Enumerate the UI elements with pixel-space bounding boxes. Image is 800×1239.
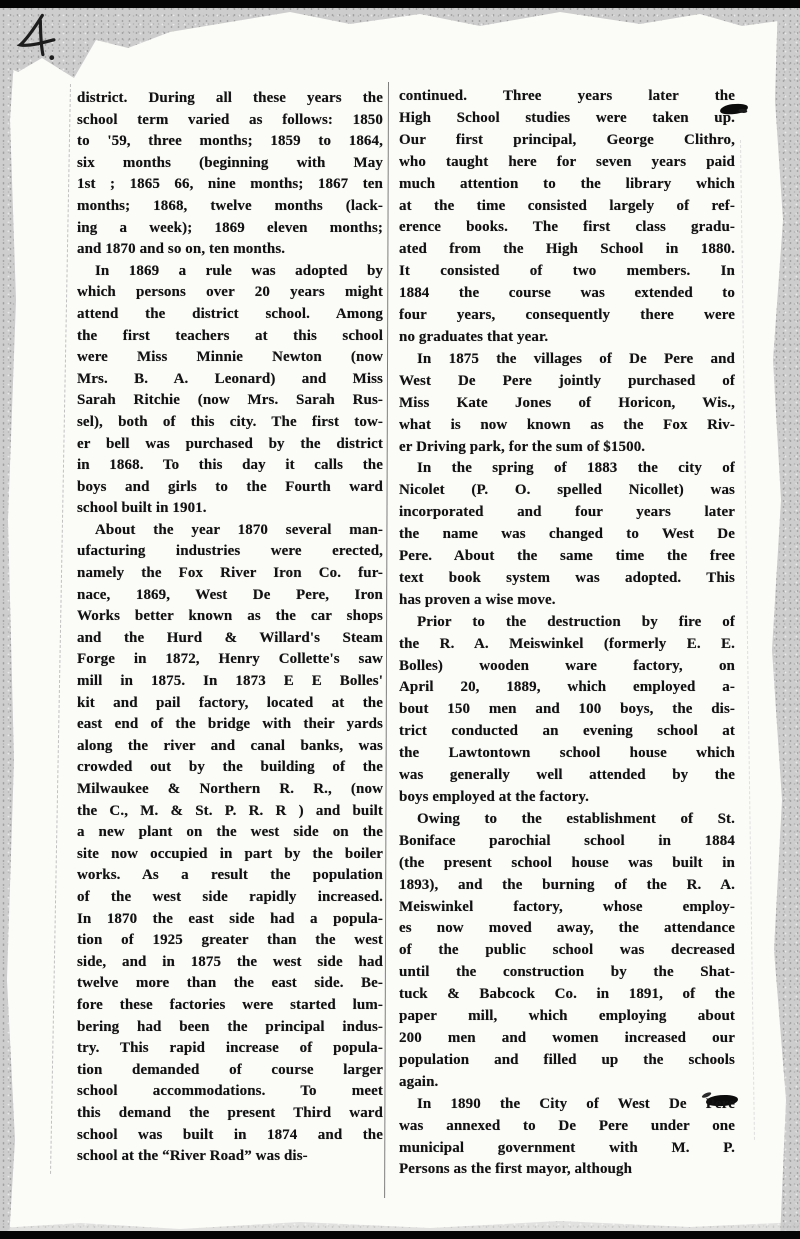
text-line: In 1890 the City of West De Pere (399, 1094, 735, 1116)
text-line: of the west side rapidly increased. (77, 887, 383, 909)
text-line: was generally well attended by the (399, 765, 735, 787)
text-line: of the public school was decreased (399, 940, 735, 962)
text-line: er Driving park, for the sum of $1500. (399, 437, 735, 459)
text-line: municipal government with M. P. (399, 1138, 735, 1160)
text-line: Forge in 1872, Henry Collette's saw (77, 649, 383, 671)
text-line: twelve more than the east side. Be- (77, 973, 383, 995)
text-line: In 1875 the villages of De Pere and (399, 349, 735, 371)
text-line: ated from the High School in 1880. (399, 239, 735, 261)
text-line: six months (beginning with May (77, 153, 383, 175)
text-line: much attention to the library which (399, 174, 735, 196)
text-line: the Lawtontown school house which (399, 743, 735, 765)
text-line: Milwaukee & Northern R. R., (now (77, 779, 383, 801)
text-line: In 1870 the east side had a popula- (77, 909, 383, 931)
text-line: Nicolet (P. O. spelled Nicollet) was (399, 480, 735, 502)
paragraph: Owing to the establishment of St.Bonifac… (399, 809, 735, 1094)
text-line: bering had been the principal indus- (77, 1017, 383, 1039)
text-line: population and filled up the schools (399, 1050, 735, 1072)
text-line: It consisted of two members. In (399, 261, 735, 283)
text-line: 200 men and women increased our (399, 1028, 735, 1050)
text-line: erence books. The first class gradu- (399, 217, 735, 239)
text-line: attend the district school. Among (77, 304, 383, 326)
handwritten-page-number (11, 10, 65, 74)
text-line: has proven a wise move. (399, 590, 735, 612)
paragraph: continued. Three years later theHigh Sch… (399, 86, 735, 349)
text-line: and 1870 and so on, ten months. (77, 239, 383, 261)
text-line: kit and pail factory, located at the (77, 693, 383, 715)
text-line: again. (399, 1072, 735, 1094)
paragraph: district. During all these years thescho… (77, 88, 383, 261)
text-line: works. As a result the population (77, 865, 383, 887)
text-line: Bolles) wooden ware factory, on (399, 656, 735, 678)
text-line: (the present school house was built in (399, 853, 735, 875)
text-line: ufacturing industries were erected, (77, 541, 383, 563)
text-line: which persons over 20 years might (77, 282, 383, 304)
text-line: crowded out by the building of the (77, 757, 383, 779)
text-line: mill in 1875. In 1873 E E Bolles' (77, 671, 383, 693)
text-line: West De Pere jointly purchased of (399, 371, 735, 393)
scan-noise-right (766, 0, 800, 1239)
text-line: paper mill, which employing about (399, 1006, 735, 1028)
text-line: Works better known as the car shops (77, 606, 383, 628)
text-line: try. This rapid increase of popula- (77, 1038, 383, 1060)
text-line: trict conducted an evening school at (399, 721, 735, 743)
text-line: fore these factories were started lum- (77, 995, 383, 1017)
left-text-column: district. During all these years thescho… (77, 88, 383, 1168)
text-line: were Miss Minnie Newton (now (77, 347, 383, 369)
text-line: until the construction by the Shat- (399, 962, 735, 984)
paragraph: About the year 1870 several man-ufacturi… (77, 520, 383, 1168)
text-line: who taught here for seven years paid (399, 152, 735, 174)
paragraph: In the spring of 1883 the city ofNicolet… (399, 458, 735, 611)
scan-noise-left (0, 0, 18, 1239)
text-line: bout 150 men and 100 boys, the dis- (399, 699, 735, 721)
text-line: tuck & Babcock Co. in 1891, of the (399, 984, 735, 1006)
text-line: Persons as the first mayor, although (399, 1159, 735, 1181)
scan-edge-bar-top (0, 0, 800, 8)
text-line: Miss Kate Jones of Horicon, Wis., (399, 393, 735, 415)
text-line: school at the “River Road” was dis- (77, 1146, 383, 1168)
text-line: 1884 the course was extended to (399, 283, 735, 305)
text-line: nace, 1869, West De Pere, Iron (77, 585, 383, 607)
text-line: Our first principal, George Clithro, (399, 130, 735, 152)
text-line: Boniface parochial school in 1884 (399, 831, 735, 853)
text-line: Meiswinkel factory, whose employ- (399, 897, 735, 919)
text-line: Mrs. B. A. Leonard) and Miss (77, 369, 383, 391)
text-line: 1st ; 1865 66, nine months; 1867 ten (77, 174, 383, 196)
text-line: the first teachers at this school (77, 326, 383, 348)
text-line: ing a week); 1869 eleven months; (77, 218, 383, 240)
text-line: sel), both of this city. The first tow- (77, 412, 383, 434)
text-line: and the Hurd & Willard's Steam (77, 628, 383, 650)
text-line: 1893), and the burning of the R. A. (399, 875, 735, 897)
text-line: school term varied as follows: 1850 (77, 110, 383, 132)
text-line: what is now known as the Fox Riv- (399, 415, 735, 437)
text-line: Owing to the establishment of St. (399, 809, 735, 831)
text-line: the name was changed to West De (399, 524, 735, 546)
text-line: the C., M. & St. P. R. R ) and built (77, 801, 383, 823)
text-line: About the year 1870 several man- (77, 520, 383, 542)
left-margin-rule (50, 84, 71, 1174)
text-line: district. During all these years the (77, 88, 383, 110)
scan-noise-top (0, 0, 800, 82)
text-line: in 1868. To this day it calls the (77, 455, 383, 477)
text-line: In 1869 a rule was adopted by (77, 261, 383, 283)
text-line: school built in 1901. (77, 498, 383, 520)
scan-noise-bottom (0, 1218, 800, 1232)
text-line: High School studies were taken up. (399, 108, 735, 130)
text-line: school accommodations. To meet (77, 1081, 383, 1103)
handwritten-four-icon (11, 10, 64, 69)
right-text-column: continued. Three years later theHigh Sch… (399, 86, 735, 1181)
text-line: er bell was purchased by the district (77, 434, 383, 456)
text-line: Prior to the destruction by fire of (399, 612, 735, 634)
text-line: east end of the bridge with their yards (77, 714, 383, 736)
text-line: the R. A. Meiswinkel (formerly E. E. (399, 634, 735, 656)
text-line: was annexed to De Pere under one (399, 1116, 735, 1138)
text-line: tion demanded of course larger (77, 1060, 383, 1082)
paragraph: Prior to the destruction by fire ofthe R… (399, 612, 735, 809)
paragraph: In 1890 the City of West De Perewas anne… (399, 1094, 735, 1182)
text-line: Pere. About the same time the free (399, 546, 735, 568)
text-line: In the spring of 1883 the city of (399, 458, 735, 480)
text-line: Sarah Ritchie (now Mrs. Sarah Rus- (77, 390, 383, 412)
text-line: a new plant on the west side on the (77, 822, 383, 844)
text-line: es now moved away, the attendance (399, 918, 735, 940)
text-line: text book system was adopted. This (399, 568, 735, 590)
text-line: incorporated and four years later (399, 502, 735, 524)
text-line: April 20, 1889, which employed a- (399, 677, 735, 699)
paragraph: In 1869 a rule was adopted bywhich perso… (77, 261, 383, 520)
text-line: this demand the present Third ward (77, 1103, 383, 1125)
scan-edge-bar-bottom (0, 1231, 800, 1239)
text-line: tion of 1925 greater than the west (77, 930, 383, 952)
text-line: boys and girls to the Fourth ward (77, 477, 383, 499)
scanned-page: district. During all these years thescho… (0, 0, 800, 1239)
text-line: no graduates that year. (399, 327, 735, 349)
text-line: side, and in 1875 the west side had (77, 952, 383, 974)
text-line: namely the Fox River Iron Co. fur- (77, 563, 383, 585)
text-line: site now occupied in part by the boiler (77, 844, 383, 866)
text-line: along the river and canal banks, was (77, 736, 383, 758)
text-line: boys employed at the factory. (399, 787, 735, 809)
paragraph: In 1875 the villages of De Pere andWest … (399, 349, 735, 459)
text-line: four years, consequently there were (399, 305, 735, 327)
column-divider-rule (384, 82, 389, 1198)
text-line: continued. Three years later the (399, 86, 735, 108)
text-line: at the time consisted largely of ref- (399, 196, 735, 218)
right-margin-rule (740, 140, 755, 1140)
text-line: school was built in 1874 and the (77, 1125, 383, 1147)
text-line: months; 1868, twelve months (lack- (77, 196, 383, 218)
text-line: to '59, three months; 1859 to 1864, (77, 131, 383, 153)
